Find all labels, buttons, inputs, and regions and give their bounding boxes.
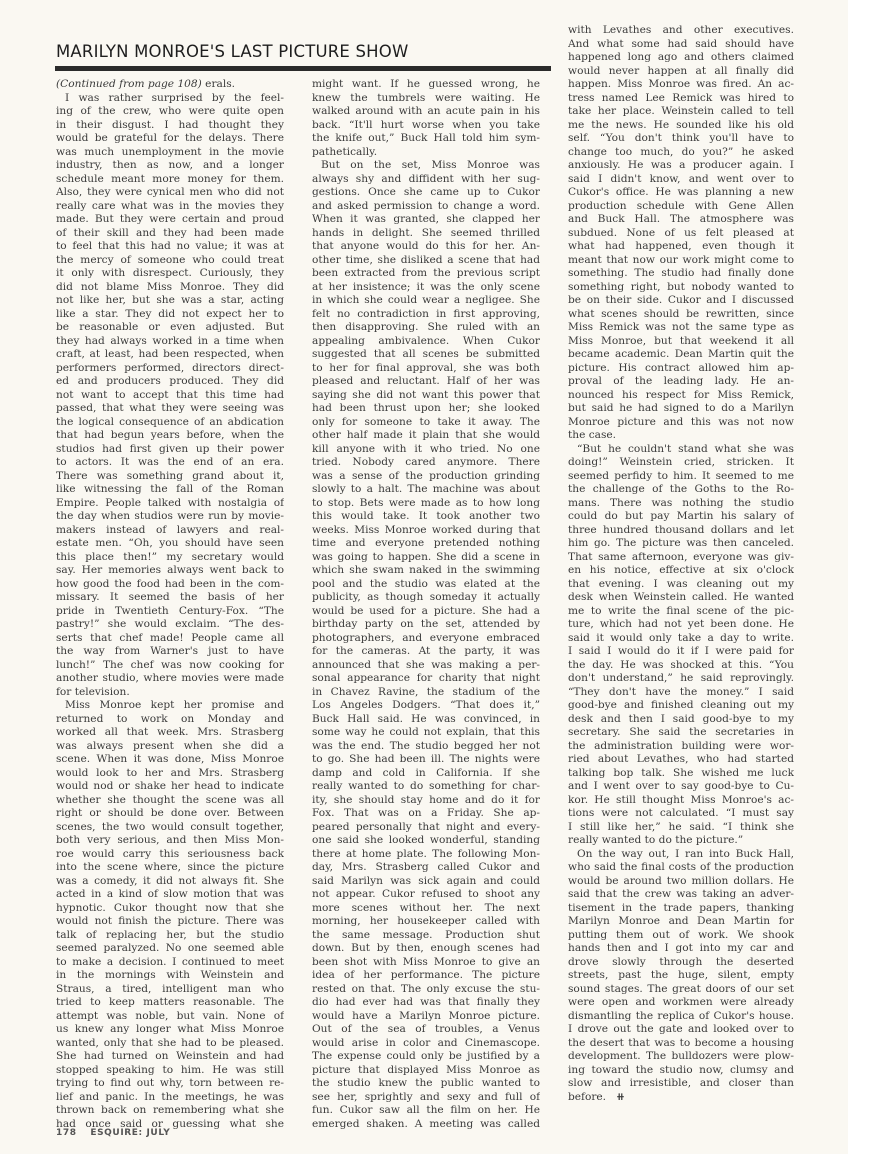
- text-line: hands then and I got into my car and: [568, 942, 794, 956]
- text-line: day, Mrs. Strasberg called Cukor and: [312, 861, 540, 875]
- text-line: something. The studio had finally done: [568, 267, 794, 281]
- end-of-article-mark: ⧺: [616, 1091, 625, 1103]
- text-line: I was rather surprised by the feel-: [56, 92, 284, 106]
- text-line: suggested that all scenes be submitted: [312, 348, 540, 362]
- text-line: mans. There was nothing the studio: [568, 497, 794, 511]
- text-line: really wanted to do something for char-: [312, 780, 540, 794]
- text-line: estate men. “Oh, you should have seen: [56, 537, 284, 551]
- text-line: not appear. Cukor refused to shoot any: [312, 888, 540, 902]
- text-line: to go. She had been ill. The nights were: [312, 753, 540, 767]
- text-line: Also, they were cynical men who did not: [56, 186, 284, 200]
- text-line: Cukor's office. He was planning a new: [568, 186, 794, 200]
- text-line: putting them out of work. We shook: [568, 929, 794, 943]
- text-line: happen. Miss Monroe was fired. An ac-: [568, 78, 794, 92]
- text-line: back. “It'll hurt worse when you take: [312, 119, 540, 133]
- text-line: there at home plate. The following Mon-: [312, 848, 540, 862]
- text-line: But on the set, Miss Monroe was: [312, 159, 540, 173]
- text-line: ed and producers produced. They did: [56, 375, 284, 389]
- text-line: the studio knew the public wanted to: [312, 1077, 540, 1091]
- text-line: the case.: [568, 429, 794, 443]
- text-line: performers performed, directors direct-: [56, 362, 284, 376]
- text-line: Empire. People talked with nostalgia of: [56, 497, 284, 511]
- text-line: tress named Lee Remick was hired to: [568, 92, 794, 106]
- text-line: really care what was in the movies they: [56, 200, 284, 214]
- text-line: always shy and diffident with her sug-: [312, 173, 540, 187]
- text-line: serts that chef made! People came all: [56, 632, 284, 646]
- text-line: which she swam naked in the swimming: [312, 564, 540, 578]
- text-line: nounced his respect for Miss Remick,: [568, 389, 794, 403]
- text-line: was the end. The studio begged her not: [312, 740, 540, 754]
- text-line: and Buck Hall. The atmosphere was: [568, 213, 794, 227]
- text-line: publicity, as though someday it actually: [312, 591, 540, 605]
- text-line: said that the crew was taking an adver-: [568, 888, 794, 902]
- text-line: Los Angeles Dodgers. “That does it,”: [312, 699, 540, 713]
- text-line: would be around two million dollars. He: [568, 875, 794, 889]
- text-line: Miss Monroe kept her promise and: [56, 699, 284, 713]
- text-line: production schedule with Gene Allen: [568, 200, 794, 214]
- text-line: meant that now our work might come to: [568, 254, 794, 268]
- text-line: in their disgust. I had thought they: [56, 119, 284, 133]
- text-line: appealing ambivalence. When Cukor: [312, 335, 540, 349]
- text-line: had been thrust upon her; she looked: [312, 402, 540, 416]
- text-line: anxiously. He was a producer again. I: [568, 159, 794, 173]
- text-line: not like her, but she was a star, acting: [56, 294, 284, 308]
- text-line: seemed paralyzed. No one seemed able: [56, 942, 284, 956]
- text-line: but said he had signed to do a Marilyn: [568, 402, 794, 416]
- text-line: self. “You don't think you'll have to: [568, 132, 794, 146]
- text-line: picture. His contract allowed him ap-: [568, 362, 794, 376]
- article-column-3: with Levathes and other executives.And w…: [568, 24, 794, 1104]
- text-line: doing!” Weinstein cried, stricken. It: [568, 456, 794, 470]
- text-line: pleased and reluctant. Half of her was: [312, 375, 540, 389]
- text-line: were open and workmen were already: [568, 996, 794, 1010]
- page-footer: 178 ESQUIRE: JULY: [56, 1128, 170, 1138]
- text-line: said I didn't know, and went over to: [568, 173, 794, 187]
- text-line: that evening. I was cleaning out my: [568, 578, 794, 592]
- text-line: damp and cold in California. If she: [312, 767, 540, 781]
- text-line: they had always worked in a time when: [56, 335, 284, 349]
- text-line: don't understand,” he said reprovingly.: [568, 672, 794, 686]
- text-line: said Marilyn was sick again and could: [312, 875, 540, 889]
- text-line: dismantling the replica of Cukor's house…: [568, 1010, 794, 1024]
- text-line: subdued. None of us felt pleased at: [568, 227, 794, 241]
- text-line: what scenes should be rewritten, since: [568, 308, 794, 322]
- text-line: ried about Levathes, who had started: [568, 753, 794, 767]
- text-line: ture, which had not yet been done. He: [568, 618, 794, 632]
- text-line: for the cameras. At the party, it was: [312, 645, 540, 659]
- text-line: was going to happen. She did a scene in: [312, 551, 540, 565]
- text-line: that had begun years before, when the: [56, 429, 284, 443]
- text-line: acted in a kind of slow motion that was: [56, 888, 284, 902]
- publication-name: ESQUIRE: JULY: [90, 1128, 170, 1138]
- text-line: made. But they were certain and proud: [56, 213, 284, 227]
- text-line: lief and panic. In the meetings, he was: [56, 1091, 284, 1105]
- text-line: was much unemployment in the movie: [56, 146, 284, 160]
- text-line: knew the tumbrels were waiting. He: [312, 92, 540, 106]
- text-line: There was something grand about it,: [56, 470, 284, 484]
- text-line: pathetically.: [312, 146, 540, 160]
- text-line: peared personally that night and every-: [312, 821, 540, 835]
- text-line: would arise in color and Cinemascope.: [312, 1037, 540, 1051]
- text-line: this would take. It took another two: [312, 510, 540, 524]
- text-line: kor. He still thought Miss Monroe's ac-: [568, 794, 794, 808]
- text-line: dio had ever had was that finally they: [312, 996, 540, 1010]
- text-line: wanted, only that she had to be pleased.: [56, 1037, 284, 1051]
- text-line: morning, her housekeeper called with: [312, 915, 540, 929]
- text-line: one said she looked wonderful, standing: [312, 834, 540, 848]
- text-line: stopped speaking to him. He was still: [56, 1064, 284, 1078]
- text-line: change too much, do you?” he asked: [568, 146, 794, 160]
- text-line: whether she thought the scene was all: [56, 794, 284, 808]
- text-line: hypnotic. Cukor thought now that she: [56, 902, 284, 916]
- text-line: sound stages. The great doors of our set: [568, 983, 794, 997]
- text-line: seemed perfidy to him. It seemed to me: [568, 470, 794, 484]
- text-line: The expense could only be justified by a: [312, 1050, 540, 1064]
- article-title: MARILYN MONROE'S LAST PICTURE SHOW: [56, 42, 409, 61]
- text-line: trying to find out why, torn between re-: [56, 1077, 284, 1091]
- text-line: “But he couldn't stand what she was: [568, 443, 794, 457]
- text-line: this place then!” my secretary would: [56, 551, 284, 565]
- text-line: the day. He was shocked at this. “You: [568, 659, 794, 673]
- text-line: who said the final costs of the producti…: [568, 861, 794, 875]
- text-line: me the news. He sounded like his old: [568, 119, 794, 133]
- text-line: lunch!” The chef was now cooking for: [56, 659, 284, 673]
- text-line: felt no contradiction in first approving…: [312, 308, 540, 322]
- text-line: I drove out the gate and looked over to: [568, 1023, 794, 1037]
- text-line: before.⧺: [568, 1091, 794, 1105]
- text-line: into the scene where, since the picture: [56, 861, 284, 875]
- text-line: to feel that this had no value; it was a…: [56, 240, 284, 254]
- text-line: in the mornings with Weinstein and: [56, 969, 284, 983]
- text-line: down. But by then, enough scenes had: [312, 942, 540, 956]
- text-line: some way he could not explain, that this: [312, 726, 540, 740]
- text-line: tisement in the trade papers, thanking: [568, 902, 794, 916]
- text-line: would never happen at all finally did: [568, 65, 794, 79]
- text-line: On the way out, I ran into Buck Hall,: [568, 848, 794, 862]
- text-line: of their skill and they had been made: [56, 227, 284, 241]
- text-line: other half made it plain that she would: [312, 429, 540, 443]
- text-line: for television.: [56, 686, 284, 700]
- text-line: it only with disrespect. Curiously, they: [56, 267, 284, 281]
- text-line: Straus, a tired, intelligent man who: [56, 983, 284, 997]
- text-line: the mercy of someone who could treat: [56, 254, 284, 268]
- text-line: tions were not calculated. “I must say: [568, 807, 794, 821]
- text-line: talking bop talk. She wished me luck: [568, 767, 794, 781]
- text-line: might want. If he guessed wrong, he: [312, 78, 540, 92]
- text-line: schedule meant more money for them.: [56, 173, 284, 187]
- text-line: slow and irresistible, and closer than: [568, 1077, 794, 1091]
- text-line: passed, that what they were seeing was: [56, 402, 284, 416]
- text-line: would have a Marilyn Monroe picture.: [312, 1010, 540, 1024]
- text-line: been extracted from the previous script: [312, 267, 540, 281]
- text-line: be reasonable or even adjusted. But: [56, 321, 284, 335]
- text-line: happened long ago and others claimed: [568, 51, 794, 65]
- text-line: ing of the crew, who were quite open: [56, 105, 284, 119]
- text-line: how good the food had been in the com-: [56, 578, 284, 592]
- text-line: would be grateful for the delays. There: [56, 132, 284, 146]
- text-line: something right, but nobody wanted to: [568, 281, 794, 295]
- text-line: me to write the final scene of the pic-: [568, 605, 794, 619]
- text-line: ity, she should stay home and do it for: [312, 794, 540, 808]
- text-line: drove slowly through the deserted: [568, 956, 794, 970]
- text-line: three hundred thousand dollars and let: [568, 524, 794, 538]
- title-rule: [55, 66, 551, 71]
- text-line: did not blame Miss Monroe. They did: [56, 281, 284, 295]
- text-line: Fox. That was on a Friday. She ap-: [312, 807, 540, 821]
- text-line: take her place. Weinstein called to tell: [568, 105, 794, 119]
- text-line: been shot with Miss Monroe to give an: [312, 956, 540, 970]
- text-line: the desert that was to become a housing: [568, 1037, 794, 1051]
- text-line: When it was granted, she clapped her: [312, 213, 540, 227]
- text-line: That same afternoon, everyone was giv-: [568, 551, 794, 565]
- text-line: us knew any longer what Miss Monroe: [56, 1023, 284, 1037]
- text-line: fun. Cukor saw all the film on her. He: [312, 1104, 540, 1118]
- text-line: and asked permission to change a word.: [312, 200, 540, 214]
- article-column-2: might want. If he guessed wrong, heknew …: [312, 78, 540, 1131]
- text-line: in Chavez Ravine, the stadium of the: [312, 686, 540, 700]
- text-line: other time, she disliked a scene that ha…: [312, 254, 540, 268]
- text-line: tried. Nobody cared anymore. There: [312, 456, 540, 470]
- text-line: birthday party on the set, attended by: [312, 618, 540, 632]
- text-line: would look to her and Mrs. Strasberg: [56, 767, 284, 781]
- text-line: say. Her memories always went back to: [56, 564, 284, 578]
- text-line: and I went over to say good-bye to Cu-: [568, 780, 794, 794]
- text-line: sonal appearance for charity that night: [312, 672, 540, 686]
- text-line: time and everyone pretended nothing: [312, 537, 540, 551]
- text-line: Out of the sea of troubles, a Venus: [312, 1023, 540, 1037]
- text-line: development. The bulldozers were plow-: [568, 1050, 794, 1064]
- text-line: picture that displayed Miss Monroe as: [312, 1064, 540, 1078]
- text-line: scene. When it was done, Miss Monroe: [56, 753, 284, 767]
- text-line: see her, sprightly and sexy and full of: [312, 1091, 540, 1105]
- text-line: with Levathes and other executives.: [568, 24, 794, 38]
- text-line: like a star. They did not expect her to: [56, 308, 284, 322]
- text-line: ing toward the studio now, clumsy and: [568, 1064, 794, 1078]
- magazine-page: MARILYN MONROE'S LAST PICTURE SHOW (Cont…: [0, 0, 848, 1154]
- text-line: Monroe picture and this was not now: [568, 416, 794, 430]
- text-line: worked all that week. Mrs. Strasberg: [56, 726, 284, 740]
- text-line: to make a decision. I continued to meet: [56, 956, 284, 970]
- text-line: missary. It seemed the basis of her: [56, 591, 284, 605]
- text-line: became academic. Dean Martin quit the: [568, 348, 794, 362]
- text-line: good-bye and finished cleaning out my: [568, 699, 794, 713]
- text-line: Miss Monroe, but that weekend it all: [568, 335, 794, 349]
- text-line: was a sense of the production grinding: [312, 470, 540, 484]
- text-line: pool and the studio was elated at the: [312, 578, 540, 592]
- text-line: then disapproving. She ruled with an: [312, 321, 540, 335]
- text-line: was always present when she did a: [56, 740, 284, 754]
- text-line: makers instead of lawyers and real-: [56, 524, 284, 538]
- text-line: the way from Warner's just to have: [56, 645, 284, 659]
- text-line: tried to keep matters reasonable. The: [56, 996, 284, 1010]
- text-line: streets, past the huge, silent, empty: [568, 969, 794, 983]
- text-line: returned to work on Monday and: [56, 713, 284, 727]
- text-line: And what some had said should have: [568, 38, 794, 52]
- text-line: would be used for a picture. She had a: [312, 605, 540, 619]
- text-line: like witnessing the fall of the Roman: [56, 483, 284, 497]
- text-line: Marilyn Monroe and Dean Martin for: [568, 915, 794, 929]
- text-line: the administration building were wor-: [568, 740, 794, 754]
- text-line: that anyone would do this for her. An-: [312, 240, 540, 254]
- text-line: the same message. Production shut: [312, 929, 540, 943]
- text-line: only for someone to take it away. The: [312, 416, 540, 430]
- text-line: thrown back on remembering what she: [56, 1104, 284, 1118]
- page-number: 178: [56, 1128, 77, 1138]
- text-line: to her for final approval, she was both: [312, 362, 540, 376]
- text-line: weeks. Miss Monroe worked during that: [312, 524, 540, 538]
- text-line: the knife out,” Buck Hall told him sym-: [312, 132, 540, 146]
- text-line: announced that she was making a per-: [312, 659, 540, 673]
- text-line: more scenes without her. The next: [312, 902, 540, 916]
- text-line: gestions. Once she came up to Cukor: [312, 186, 540, 200]
- text-line: could do but pay Martin his salary of: [568, 510, 794, 524]
- text-line: was a comedy, it did not always fit. She: [56, 875, 284, 889]
- text-line: said it would only take a day to write.: [568, 632, 794, 646]
- continued-from-note: (Continued from page 108): [56, 78, 202, 90]
- text-line: to actors. It was the end of an era.: [56, 456, 284, 470]
- text-line: him go. The picture was then canceled.: [568, 537, 794, 551]
- text-line: en his notice, effective at six o'clock: [568, 564, 794, 578]
- text-line: the challenge of the Goths to the Ro-: [568, 483, 794, 497]
- text-line: another studio, where movies were made: [56, 672, 284, 686]
- text-line: I still like her,” he said. “I think she: [568, 821, 794, 835]
- text-line: I said I would do it if I were paid for: [568, 645, 794, 659]
- text-line: saying she did not want this power that: [312, 389, 540, 403]
- text-line: photographers, and everyone embraced: [312, 632, 540, 646]
- text-line: talk of replacing her, but the studio: [56, 929, 284, 943]
- text-line: be on their side. Cukor and I discussed: [568, 294, 794, 308]
- text-line: craft, at least, had been respected, whe…: [56, 348, 284, 362]
- text-line: roe would carry this seriousness back: [56, 848, 284, 862]
- text-line: “They don't have the money.” I said: [568, 686, 794, 700]
- text-line: rested on that. The only excuse the stu-: [312, 983, 540, 997]
- text-line: would nod or shake her head to indicate: [56, 780, 284, 794]
- text-line: industry, then as now, and a longer: [56, 159, 284, 173]
- text-line: would not finish the picture. There was: [56, 915, 284, 929]
- text-line: studios had first given up their power: [56, 443, 284, 457]
- text-line: kill anyone with it who tried. No one: [312, 443, 540, 457]
- text-line: in which she could wear a negligee. She: [312, 294, 540, 308]
- text-line: She had turned on Weinstein and had: [56, 1050, 284, 1064]
- text-line: (Continued from page 108) erals.: [56, 78, 284, 92]
- article-column-1: (Continued from page 108) erals.I was ra…: [56, 78, 284, 1131]
- text-line: desk and then I said good-bye to my: [568, 713, 794, 727]
- text-line: proval of the leading lady. He an-: [568, 375, 794, 389]
- text-line: walked around with an acute pain in his: [312, 105, 540, 119]
- text-line: at her insistence; it was the only scene: [312, 281, 540, 295]
- text-line: idea of her performance. The picture: [312, 969, 540, 983]
- text-line: not want to accept that this time had: [56, 389, 284, 403]
- text-line: slowly to a halt. The machine was about: [312, 483, 540, 497]
- text-line: really wanted to do the picture.”: [568, 834, 794, 848]
- text-line: right or should be done over. Between: [56, 807, 284, 821]
- text-line: hands in delight. She seemed thrilled: [312, 227, 540, 241]
- text-line: pastry!” she would exclaim. “The des-: [56, 618, 284, 632]
- text-line: what had happened, even though it: [568, 240, 794, 254]
- text-line: desk when Weinstein called. He wanted: [568, 591, 794, 605]
- text-line: emerged shaken. A meeting was called: [312, 1118, 540, 1132]
- text-line: secretary. She said the secretaries in: [568, 726, 794, 740]
- text-line: the day when studios were run by movie-: [56, 510, 284, 524]
- text-line: Buck Hall said. He was convinced, in: [312, 713, 540, 727]
- text-line: to stop. Bets were made as to how long: [312, 497, 540, 511]
- text-line: both very serious, and then Miss Mon-: [56, 834, 284, 848]
- text-line: the logical consequence of an abdication: [56, 416, 284, 430]
- text-line: scenes, the two would consult together,: [56, 821, 284, 835]
- text-line: Miss Remick was not the same type as: [568, 321, 794, 335]
- text-line: attempt was noble, but vain. None of: [56, 1010, 284, 1024]
- text-line: pride in Twentieth Century-Fox. “The: [56, 605, 284, 619]
